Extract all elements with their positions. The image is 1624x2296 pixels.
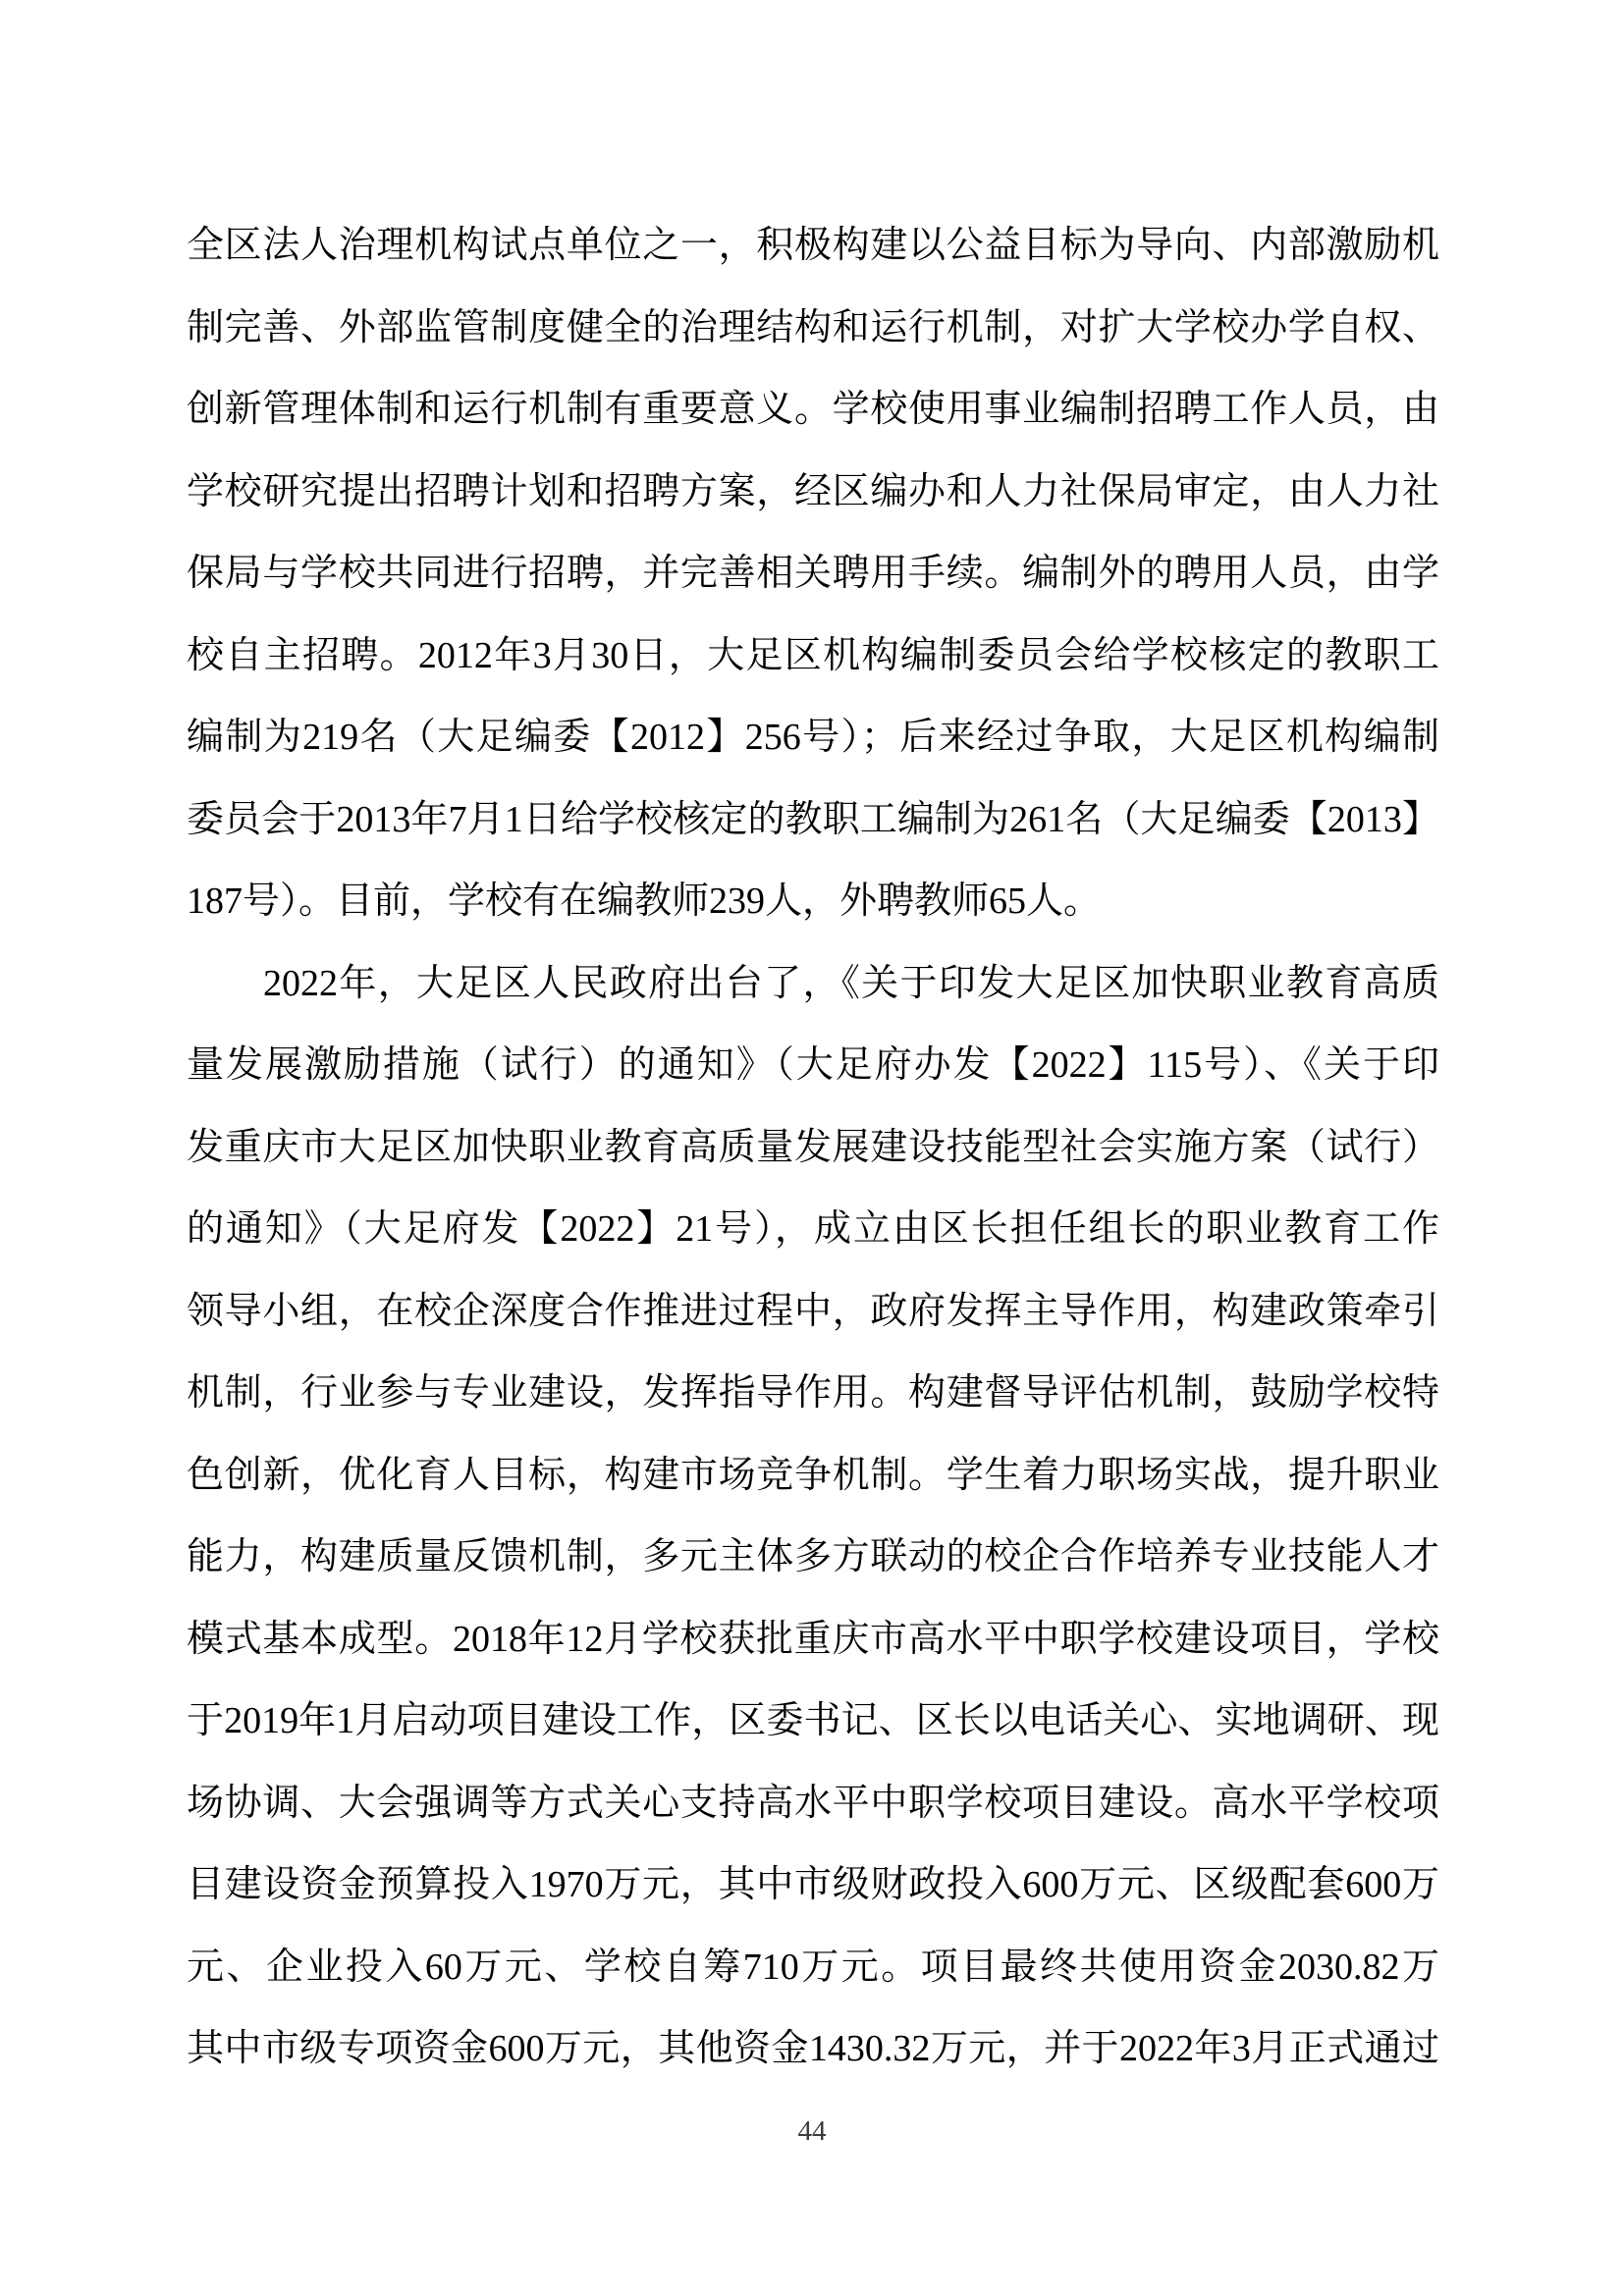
- text-line: 全区法人治理机构试点单位之一，积极构建以公益目标为导向、内部激励机: [187, 205, 1439, 288]
- text-line: 元、企业投入60万元、学校自筹710万元。项目最终共使用资金2030.82万元，: [187, 1927, 1439, 2009]
- text-line: 学校研究提出招聘计划和招聘方案，经区编办和人力社保局审定，由人力社: [187, 452, 1439, 534]
- document-page: 全区法人治理机构试点单位之一，积极构建以公益目标为导向、内部激励机 制完善、外部…: [0, 0, 1624, 2296]
- text-line: 校自主招聘。2012年3月30日，大足区机构编制委员会给学校核定的教职工: [187, 615, 1439, 698]
- text-line: 2022年，大足区人民政府出台了，《关于印发大足区加快职业教育高质: [187, 943, 1439, 1026]
- text-line: 编制为219名（大足编委【2012】256号）；后来经过争取，大足区机构编制: [187, 697, 1439, 779]
- page-number: 44: [0, 2113, 1624, 2149]
- text-line: 187号）。目前，学校有在编教师239人，外聘教师65人。: [187, 861, 1439, 943]
- text-line: 发重庆市大足区加快职业教育高质量发展建设技能型社会实施方案（试行）: [187, 1107, 1439, 1190]
- text-line: 能力，构建质量反馈机制，多元主体多方联动的校企合作培养专业技能人才: [187, 1517, 1439, 1599]
- paragraph-1: 全区法人治理机构试点单位之一，积极构建以公益目标为导向、内部激励机 制完善、外部…: [187, 205, 1439, 943]
- paragraph-2: 2022年，大足区人民政府出台了，《关于印发大足区加快职业教育高质 量发展激励措…: [187, 943, 1439, 2091]
- text-line: 领导小组，在校企深度合作推进过程中，政府发挥主导作用，构建政策牵引: [187, 1271, 1439, 1354]
- text-line: 的通知》（大足府发【2022】21号），成立由区长担任组长的职业教育工作: [187, 1189, 1439, 1271]
- text-line: 量发展激励措施（试行）的通知》（大足府办发【2022】115号）、《关于印: [187, 1025, 1439, 1107]
- text-line: 委员会于2013年7月1日给学校核定的教职工编制为261名（大足编委【2013】: [187, 779, 1439, 862]
- text-line: 创新管理体制和运行机制有重要意义。学校使用事业编制招聘工作人员，由: [187, 369, 1439, 452]
- text-line: 模式基本成型。2018年12月学校获批重庆市高水平中职学校建设项目，学校: [187, 1599, 1439, 1682]
- text-line: 机制，行业参与专业建设，发挥指导作用。构建督导评估机制，鼓励学校特: [187, 1353, 1439, 1435]
- body-text: 全区法人治理机构试点单位之一，积极构建以公益目标为导向、内部激励机 制完善、外部…: [187, 205, 1439, 2091]
- text-line: 于2019年1月启动项目建设工作，区委书记、区长以电话关心、实地调研、现: [187, 1681, 1439, 1763]
- text-line: 色创新，优化育人目标，构建市场竞争机制。学生着力职场实战，提升职业: [187, 1435, 1439, 1518]
- text-line: 场协调、大会强调等方式关心支持高水平中职学校项目建设。高水平学校项: [187, 1763, 1439, 1845]
- text-line: 目建设资金预算投入1970万元，其中市级财政投入600万元、区级配套600万: [187, 1844, 1439, 1927]
- text-line: 制完善、外部监管制度健全的治理结构和运行机制，对扩大学校办学自权、: [187, 288, 1439, 370]
- text-line: 其中市级专项资金600万元，其他资金1430.32万元，并于2022年3月正式通…: [187, 2008, 1439, 2091]
- text-line: 保局与学校共同进行招聘，并完善相关聘用手续。编制外的聘用人员，由学: [187, 533, 1439, 615]
